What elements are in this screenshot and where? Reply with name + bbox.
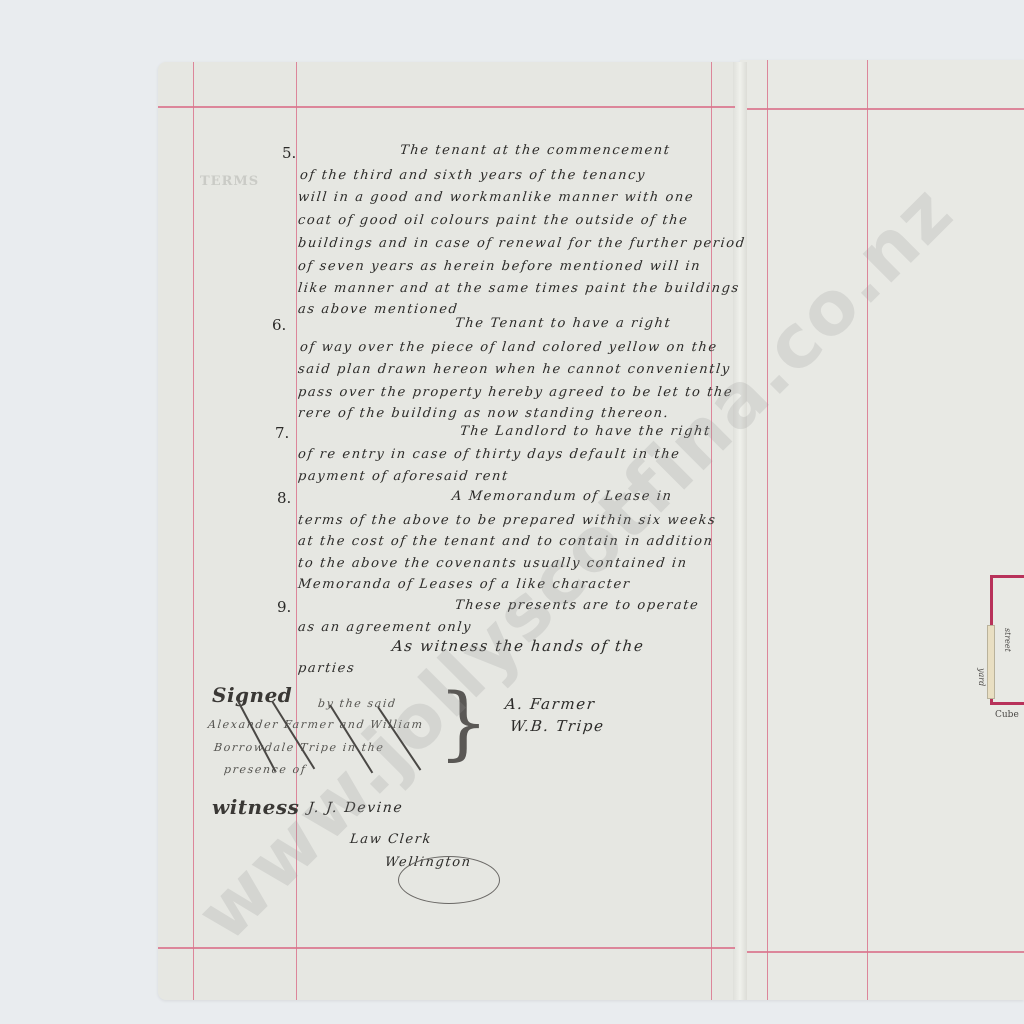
clause-number: 6. [272, 316, 286, 334]
clause-line: payment of aforesaid rent [297, 469, 509, 484]
ruling-line [867, 60, 868, 1000]
witness-label: witness [212, 795, 299, 819]
witness-clause: As witness the hands of the [391, 637, 645, 655]
signed-heading: Signed [212, 683, 292, 707]
clause-line: A Memorandum of Lease in [451, 489, 673, 504]
clause-line: The Landlord to have the right [459, 424, 711, 439]
signing-line: presence of [223, 763, 307, 776]
clause-line: said plan drawn hereon when he cannot co… [297, 362, 731, 377]
witness-clause: parties [297, 661, 356, 676]
clause-line: like manner and at the same times paint … [297, 281, 740, 296]
clause-line: of the third and sixth years of the tena… [299, 168, 646, 183]
clause-line: buildings and in case of renewal for the… [297, 236, 746, 251]
clause-line: These presents are to operate [454, 598, 700, 613]
signing-brace: } [438, 676, 489, 769]
plan-label: yard [977, 668, 986, 686]
clause-line: of re entry in case of thirty days defau… [297, 447, 681, 462]
clause-line: The Tenant to have a right [454, 316, 672, 331]
clause-line: terms of the above to be prepared within… [297, 513, 717, 528]
book-gutter [733, 62, 747, 1000]
ruling-line [767, 60, 768, 1000]
clause-line: The tenant at the commencement [399, 143, 671, 158]
clause-line: at the cost of the tenant and to contain… [297, 534, 714, 549]
witness-name: J. J. Devine [307, 800, 404, 816]
bleed-through-text: TERMS [200, 174, 259, 189]
yellow-right-of-way [987, 625, 995, 699]
clause-line: as an agreement only [297, 620, 473, 635]
clause-line: of seven years as herein before mentione… [297, 259, 702, 274]
clause-line: rere of the building as now standing the… [297, 406, 670, 421]
plan-caption: Cube [995, 710, 1019, 720]
clause-line: coat of good oil colours paint the outsi… [297, 213, 689, 228]
clause-line: pass over the property hereby agreed to … [297, 385, 734, 400]
right-page [740, 60, 1024, 1000]
clause-number: 8. [277, 489, 291, 507]
clause-line: Memoranda of Leases of a like character [297, 577, 631, 592]
clause-line: as above mentioned [297, 302, 459, 317]
clause-line: of way over the piece of land colored ye… [299, 340, 718, 355]
ruling-line [158, 947, 735, 949]
clause-number: 5. [282, 144, 296, 162]
ruling-line [711, 62, 712, 1000]
clause-number: 9. [277, 598, 291, 616]
ruling-line [747, 108, 1024, 110]
signature-flourish [398, 856, 500, 904]
signing-line: by the said [317, 697, 397, 710]
witness-title: Law Clerk [349, 832, 433, 847]
plan-label: street [1003, 628, 1012, 652]
clause-number: 7. [275, 424, 289, 442]
clause-line: to the above the covenants usually conta… [297, 556, 688, 571]
signature-tripe: W.B. Tripe [509, 717, 605, 735]
ruling-line [193, 62, 194, 1000]
ruling-line [747, 951, 1024, 953]
ruling-line [158, 106, 735, 108]
signature-farmer: A. Farmer [504, 695, 596, 713]
clause-line: will in a good and workmanlike manner wi… [297, 190, 695, 205]
